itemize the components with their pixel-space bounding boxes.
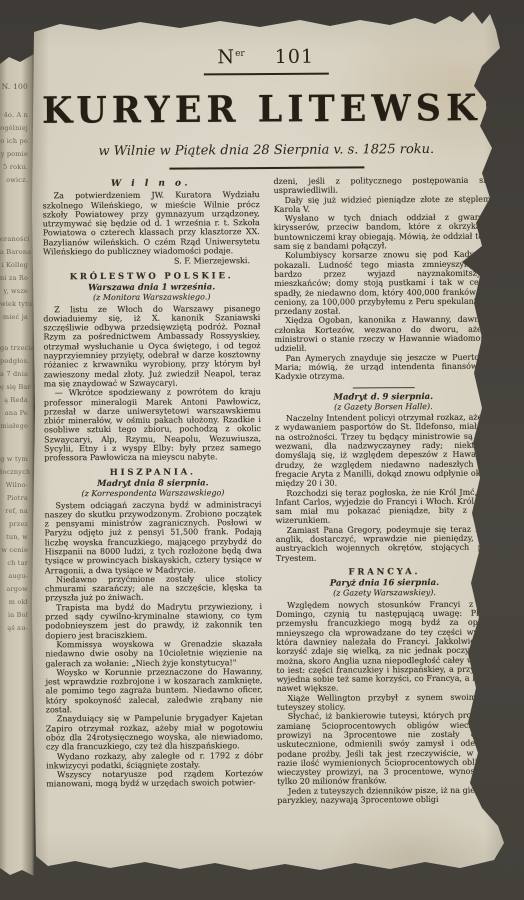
newspaper-title: KURYER LITEWSKI: [42, 87, 490, 132]
adjacent-page-fragment: ga trzecia: [0, 342, 34, 355]
adjacent-page-fragment: N. 100: [0, 80, 34, 93]
article-paragraph: System odciągań zaczyna bydź w administr…: [44, 500, 261, 576]
adjacent-page-fragment: 5 roku.: [0, 161, 34, 174]
article-paragraph: — Wkrótce spodziewany z powrótem do kraj…: [44, 387, 261, 463]
adjacent-page-fragment: Wilno-: [0, 479, 34, 492]
article-paragraph: Naczelny Intendent policyi otrzymał rozk…: [275, 413, 492, 489]
adjacent-page-fragment: y pomie: [0, 148, 34, 161]
adjacent-page-fragment: ref, na: [0, 505, 34, 518]
adjacent-page-fragment: y, wsze: [0, 285, 34, 298]
article-paragraph: Woysko w Korunnie przeznaczone do Hawann…: [45, 667, 262, 715]
article-paragraph: Xiędza Ogoban, kanonika z Hawanny, dawni…: [274, 315, 491, 354]
adjacent-page-fragment: podgłos.: [0, 355, 34, 368]
adjacent-page-fragment: w cenie: [0, 544, 34, 557]
adjacent-page-fragment: ia Bol: [0, 609, 34, 622]
article-paragraph: Rozchodzi się teraz pogłoska, że nie Kró…: [275, 487, 492, 526]
adjacent-page-fragment: augu-: [0, 570, 34, 583]
issue-prefix: N: [217, 46, 235, 68]
adjacent-page-fragment: Piotra: [0, 492, 34, 505]
adjacent-page-fragment: i Kolleg: [0, 259, 34, 272]
issue-number: Ner101: [42, 45, 490, 70]
adjacent-page-fragment: g w tym: [0, 453, 34, 466]
newspaper-page: Ner101 KURYER LITEWSKI w Wilnie w Piątek…: [30, 8, 508, 882]
source-line: (z Korrespondenta Warszawskiego): [44, 488, 261, 499]
section-heading: KRÓLESTWO POLSKIE.: [43, 272, 260, 283]
section-heading: HISZPANIA.: [44, 468, 261, 479]
article-paragraph: Znayduiący się w Pampelunie brygadyer Ka…: [46, 713, 263, 752]
adjacent-page-fragment: ą Reda: [0, 394, 34, 407]
adjacent-page-fragment: mieć ja: [0, 311, 34, 324]
issue-value: 101: [275, 46, 314, 68]
article-paragraph: Xiąże Wellington przybył z synem swoim d…: [277, 692, 494, 712]
article-paragraph: Wszyscy notaryusze pod rządem Kortezów m…: [46, 769, 263, 789]
source-line: (z Gazety Borsen Halle).: [275, 401, 492, 412]
article-paragraph: Z listu ze Włoch do Warszawy pisanego do…: [43, 304, 261, 389]
page-content: Ner101 KURYER LITEWSKI w Wilnie w Piątek…: [42, 45, 495, 807]
column-left: W i l n o.Za potwierdzeniem JW. Kuratora…: [42, 177, 263, 807]
article-paragraph: Wydano rozkazy, aby zaległe od r. 1792 z…: [46, 751, 263, 771]
adjacent-page-fragment: przez: [0, 518, 34, 531]
adjacent-page-fragment: ana Pe: [0, 407, 34, 420]
article-paragraph: Kommissya woyskowa w Grenadzie skazała n…: [45, 639, 262, 668]
signature: S. F. Mierzejewski.: [43, 256, 260, 267]
article-paragraph: Dały się już widzieć pieniądze złote ze …: [274, 194, 491, 214]
adjacent-page-fragment: a Barona: [0, 246, 34, 259]
masthead-rule-top: [203, 73, 328, 76]
scan-stage: N. 1004o. A nogólniejo ich poy pomie5 ro…: [0, 0, 524, 900]
adjacent-page-fragment: ę się Bar: [0, 381, 34, 394]
article-paragraph: Względem nowych stosunków Francyi z St. …: [276, 599, 494, 693]
adjacent-page-fragment: łocznych: [0, 466, 34, 479]
adjacent-page-fragment: tun, w: [0, 531, 34, 544]
source-line: (z Gazety Warszawskiey).: [276, 588, 493, 599]
column-right: dzeni, jeśli z politycznego postępowania…: [273, 176, 494, 806]
adjacent-page-fragment: ąś au-: [0, 622, 34, 635]
issue-superscript: er: [235, 49, 245, 59]
article-paragraph: Słychać, iż bankierowie tuteysi, których…: [277, 711, 494, 787]
article-paragraph: dzeni, jeśli z politycznego postępowania…: [273, 176, 490, 196]
adjacent-page-fragment: ni za Ro: [0, 272, 34, 285]
masthead-dateline: w Wilnie w Piątek dnia 28 Sierpnia v. s.…: [42, 142, 490, 160]
article-paragraph: Kolumbiyscy korsarze znowu się pod Kadyx…: [274, 250, 491, 316]
article-paragraph: Pan Aymerych znayduje się jeszcze w Puer…: [275, 352, 492, 381]
article-paragraph: Zamiast Pana Gregory, podeymuje się tera…: [276, 524, 493, 563]
adjacent-page-fragment: ogólniej: [0, 122, 34, 135]
article-paragraph: Jeden z tuteyszych dzienników pisze, iż …: [277, 785, 494, 805]
article-paragraph: Za potwierdzeniem JW. Kuratora Wydziału …: [43, 190, 260, 256]
adjacent-page-fragment: ch tar: [0, 557, 34, 570]
adjacent-page-fragment: wiek tytu: [0, 298, 34, 311]
adjacent-page-fragment: m okł: [0, 596, 34, 609]
adjacent-page-fragment: a 7 dnia: [0, 368, 34, 381]
article-paragraph: Wysłano w tych dniach oddział z gwardyi …: [274, 213, 491, 252]
adjacent-page-fragment: miałego: [0, 420, 34, 433]
section-heading: FRANCYA.: [276, 568, 493, 579]
article-columns: W i l n o.Za potwierdzeniem JW. Kuratora…: [42, 176, 494, 807]
source-line: (z Monitora Warszawskiego.): [43, 292, 260, 303]
article-paragraph: Niedawno przyćmione zostały ulice stolic…: [45, 574, 262, 603]
article-paragraph: Trapista ma bydź do Madrytu przywieziony…: [45, 602, 262, 641]
adjacent-page-sliver: N. 1004o. A nogólniejo ich poy pomie5 ro…: [0, 52, 34, 878]
divider-rule: [352, 387, 414, 388]
adjacent-page-fragment: eraności: [0, 233, 34, 246]
section-heading: W i l n o.: [42, 179, 259, 190]
adjacent-page-fragment: 4o. A n: [0, 109, 34, 122]
adjacent-page-fragment: argow: [0, 583, 34, 596]
adjacent-page-fragment: o ich po: [0, 135, 34, 148]
adjacent-page-fragment: owicz.: [0, 174, 34, 187]
masthead-rule-bottom: [169, 166, 364, 169]
